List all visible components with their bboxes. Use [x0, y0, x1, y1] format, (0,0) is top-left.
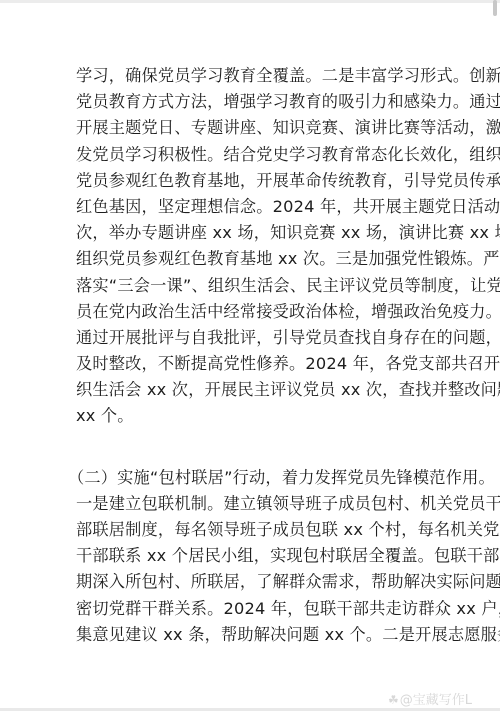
text-line: 落实“三会一课”、组织生活会、民主评议党员等制度，让党: [76, 273, 431, 299]
text-line: 密切党群干群关系。2024 年，包联干部共走访群众 xx 户，收: [76, 596, 431, 622]
text-line: xx 个。: [76, 403, 431, 429]
text-line: 组织党员参观红色教育基地 xx 次。三是加强党性锻炼。严格: [76, 246, 431, 272]
section-heading-line: （二）实施“包村联居”行动，着力发挥党员先锋模范作用。: [68, 465, 431, 491]
document-body: 学习，确保党员学习教育全覆盖。二是丰富学习形式。创新 党员教育方式方法，增强学习…: [76, 63, 431, 648]
text-line: 学习，确保党员学习教育全覆盖。二是丰富学习形式。创新: [76, 63, 431, 89]
watermark-text: @宝藏写作L: [400, 693, 472, 708]
text-line: 织生活会 xx 次，开展民主评议党员 xx 次，查找并整改问题: [76, 377, 431, 403]
text-line: 干部联系 xx 个居民小组，实现包村联居全覆盖。包联干部定: [76, 543, 431, 569]
text-line: 一是建立包联机制。建立镇领导班子成员包村、机关党员干: [76, 491, 431, 517]
paw-icon: ☘: [388, 693, 399, 707]
text-line: 开展主题党日、专题讲座、知识竞赛、演讲比赛等活动，激: [76, 115, 431, 141]
text-line: 次，举办专题讲座 xx 场，知识竞赛 xx 场，演讲比赛 xx 场，: [76, 220, 431, 246]
text-line: 员在党内政治生活中经常接受政治体检，增强政治免疫力。: [76, 299, 431, 325]
paragraph-spacer: [76, 430, 431, 465]
text-line: 发党员学习积极性。结合党史学习教育常态化长效化，组织: [76, 142, 431, 168]
watermark: ☘@宝藏写作L: [388, 689, 472, 708]
text-line: 期深入所包村、所联居，了解群众需求，帮助解决实际问题，: [76, 569, 431, 595]
text-line: 党员参观红色教育基地，开展革命传统教育，引导党员传承: [76, 168, 431, 194]
text-line: 通过开展批评与自我批评，引导党员查找自身存在的问题，: [76, 325, 431, 351]
document-page: 学习，确保党员学习教育全覆盖。二是丰富学习形式。创新 党员教育方式方法，增强学习…: [0, 3, 500, 708]
text-line: 及时整改，不断提高党性修养。2024 年，各党支部共召开组: [76, 351, 431, 377]
paragraph-village-contact: （二）实施“包村联居”行动，着力发挥党员先锋模范作用。 一是建立包联机制。建立镇…: [76, 465, 431, 648]
text-line: 部联居制度，每名领导班子成员包联 xx 个村，每名机关党员: [76, 517, 431, 543]
scrollbar-thumb[interactable]: [493, 0, 497, 16]
text-line: 集意见建议 xx 条，帮助解决问题 xx 个。二是开展志愿服务。: [76, 622, 431, 648]
text-line: 红色基因，坚定理想信念。2024 年，共开展主题党日活动 xx: [76, 194, 431, 220]
paragraph-party-education: 学习，确保党员学习教育全覆盖。二是丰富学习形式。创新 党员教育方式方法，增强学习…: [76, 63, 431, 430]
text-line: 党员教育方式方法，增强学习教育的吸引力和感染力。通过: [76, 89, 431, 115]
